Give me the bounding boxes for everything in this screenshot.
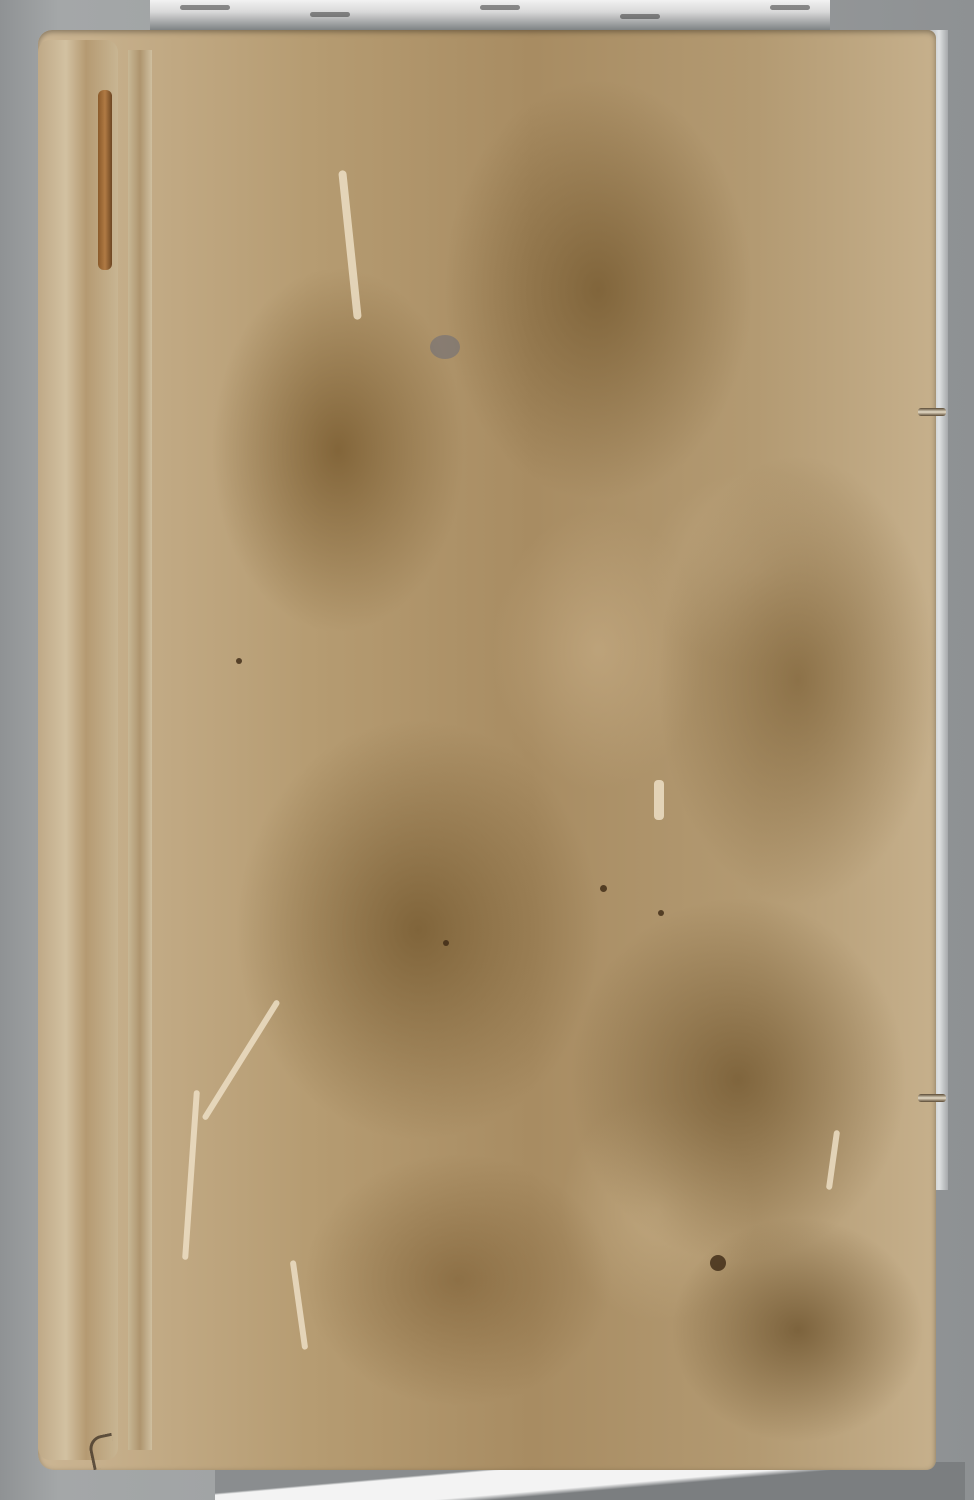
clasp-pin-bottom [918,1094,946,1102]
paper-mark [310,12,350,17]
scratch-mark [290,1260,308,1350]
paper-mark [620,14,660,19]
stain [600,885,607,892]
cover-hinge [128,50,152,1450]
paper-mark [180,5,230,10]
spine-wear [98,90,112,270]
scratch-mark [201,999,280,1121]
top-paper-strip [150,0,830,30]
scratch-mark [826,1130,840,1190]
scratch-mark [338,170,362,320]
stain [443,940,449,946]
scratch-mark [654,780,664,820]
stain [236,658,242,664]
scratch-mark [182,1090,200,1260]
clasp-pin-top [918,408,946,416]
book-cover [38,30,936,1470]
paper-mark [480,5,520,10]
stain [430,335,460,359]
stain [658,910,664,916]
paper-mark [770,5,810,10]
stain [710,1255,726,1271]
